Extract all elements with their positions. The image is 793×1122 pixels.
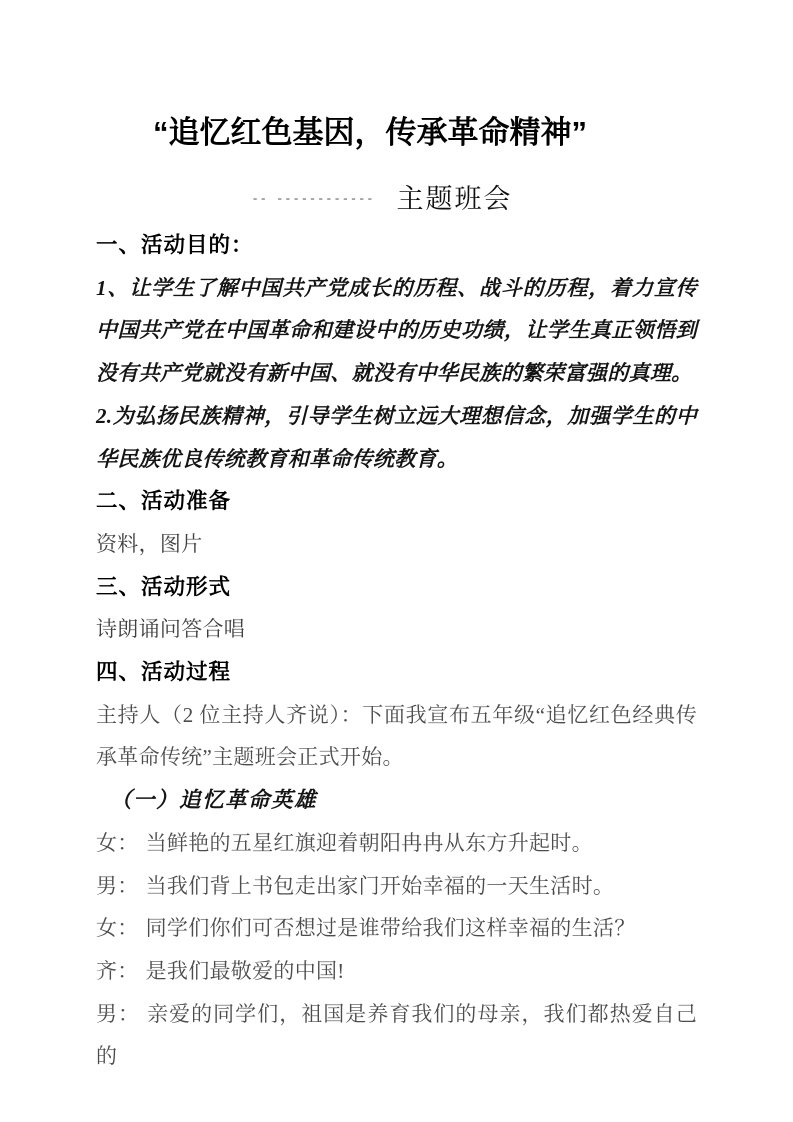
dialogue-speaker: 男： <box>96 874 139 898</box>
dialogue-speaker: 女： <box>96 831 139 855</box>
goal-item-2: 2.为弘扬民族精神，引导学生树立远大理想信念，加强学生的中华民族优良传统教育和革… <box>96 395 697 480</box>
subtitle-dashes: -- ------------ <box>251 192 374 206</box>
dialogue-line: 女：当鲜艳的五星红旗迎着朝阳冉冉从东方升起时。 <box>96 822 697 865</box>
dialogue-text: 同学们你们可否想过是谁带给我们这样幸福的生活？ <box>146 916 636 940</box>
dialogue-line: 齐：是我们最敬爱的中国! <box>96 950 697 993</box>
dialogue-speaker: 女： <box>96 916 139 940</box>
document-page: “追忆红色基因，传承革命精神” -- ------------主题班会 一、活动… <box>0 0 793 1122</box>
document-title: “追忆红色基因，传承革命精神” <box>70 111 670 155</box>
section-heading-format: 三、活动形式 <box>96 566 697 609</box>
dialogue-line: 女：同学们你们可否想过是谁带给我们这样幸福的生活？ <box>96 907 697 950</box>
preparation-text: 资料，图片 <box>96 523 697 566</box>
section-heading-preparation: 二、活动准备 <box>96 480 697 523</box>
section-heading-process: 四、活动过程 <box>96 651 697 694</box>
subtitle-text: 主题班会 <box>397 184 513 214</box>
format-text: 诗朗诵问答合唱 <box>96 608 697 651</box>
dialogue-text: 当鲜艳的五星红旗迎着朝阳冉冉从东方升起时。 <box>146 831 593 855</box>
document-body: 一、活动目的： 1、让学生了解中国共产党成长的历程、战斗的历程，着力宣传中国共产… <box>96 224 697 1078</box>
dialogue-text: 亲爱的同学们，祖国是养育我们的母亲，我们都热爱自己的 <box>96 1002 697 1069</box>
dialogue-text: 是我们最敬爱的中国! <box>146 959 345 983</box>
document-subtitle: -- ------------主题班会 <box>82 181 682 222</box>
goal-item-1: 1、让学生了解中国共产党成长的历程、战斗的历程，着力宣传中国共产党在中国革命和建… <box>96 267 697 395</box>
host-intro: 主持人（2 位主持人齐说）：下面我宣布五年级“追忆红色经典传承革命传统”主题班会… <box>96 694 697 779</box>
part1-heading: （一）追忆革命英雄 <box>96 779 697 822</box>
dialogue-line: 男：亲爱的同学们，祖国是养育我们的母亲，我们都热爱自己的 <box>96 993 697 1078</box>
section-heading-goal: 一、活动目的： <box>96 224 697 267</box>
dialogue-text: 当我们背上书包走出家门开始幸福的一天生活时。 <box>146 874 615 898</box>
dialogue-speaker: 男： <box>96 1002 140 1026</box>
dialogue-line: 男：当我们背上书包走出家门开始幸福的一天生活时。 <box>96 865 697 908</box>
dialogue-speaker: 齐： <box>96 959 139 983</box>
